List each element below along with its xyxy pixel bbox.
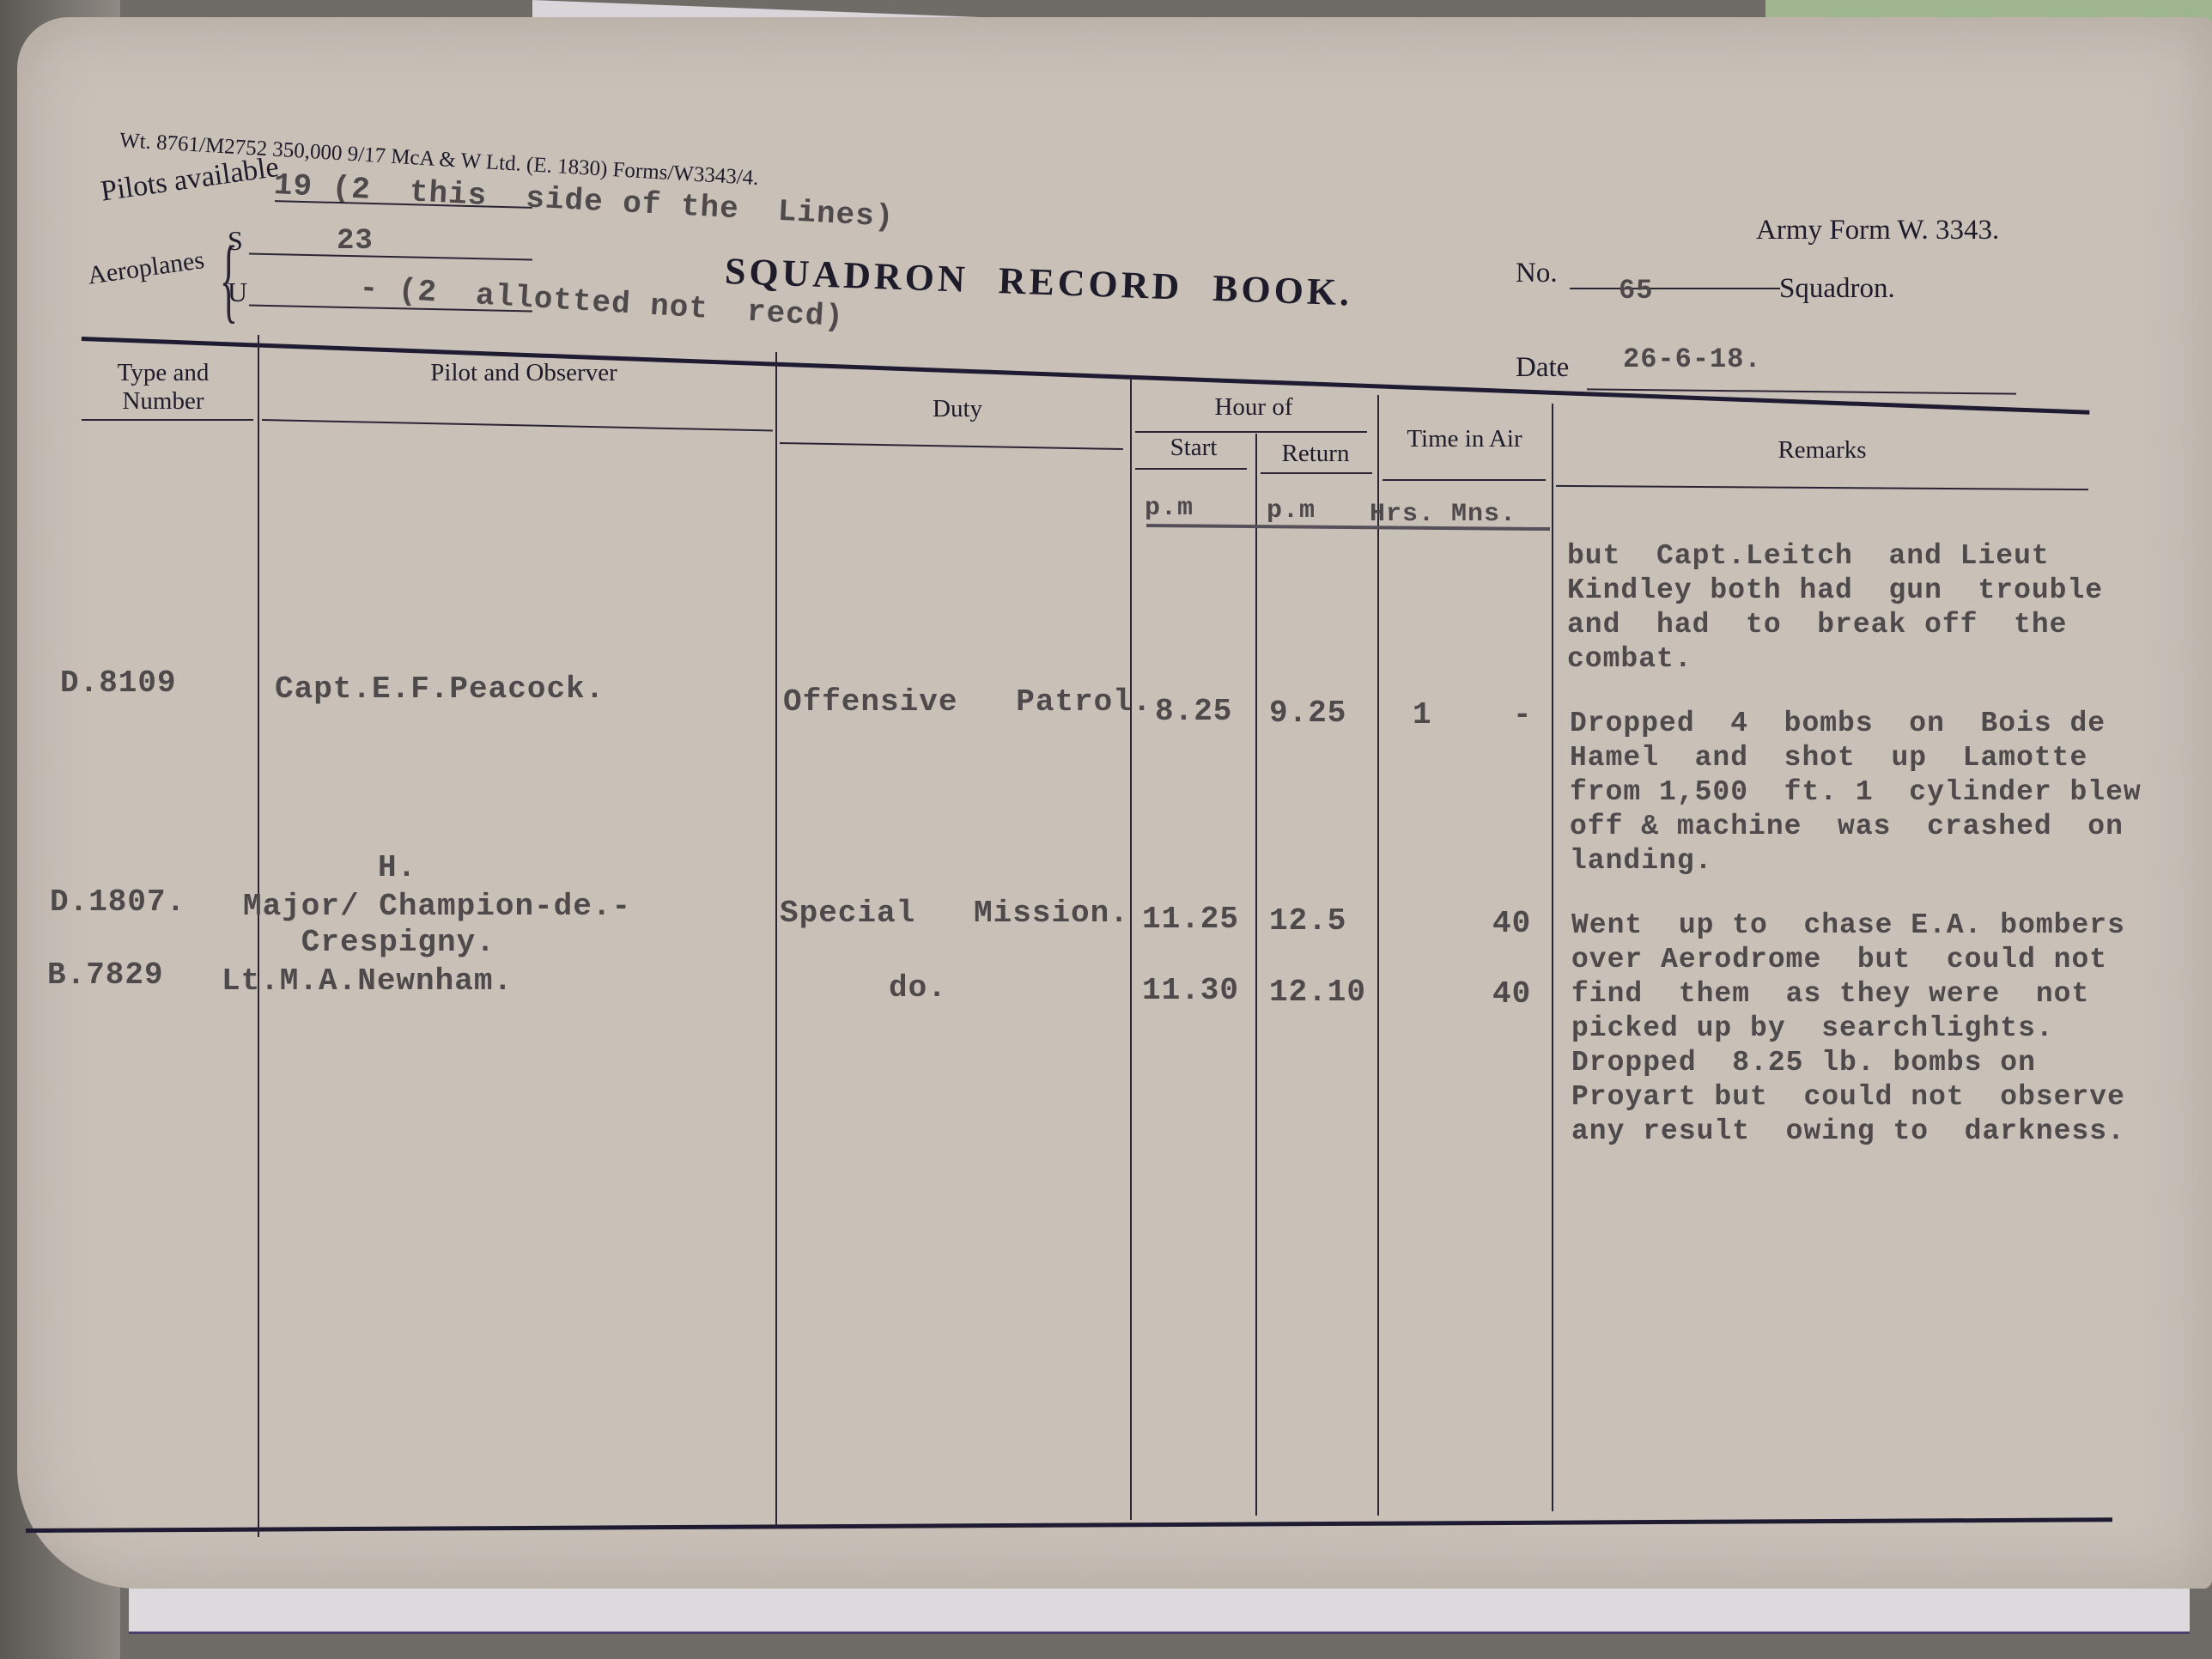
row1-machine: D.8109 <box>60 665 177 701</box>
row1-return: 9.25 <box>1269 696 1346 731</box>
col-divider-3 <box>1130 378 1132 1520</box>
squadron-underline <box>1570 288 1780 289</box>
aeroplanes-serviceable-label: S <box>228 225 243 257</box>
col-divider-4 <box>1255 434 1257 1516</box>
row2-pilot-annotation: H. <box>378 850 416 885</box>
row3-mins: 40 <box>1492 976 1531 1012</box>
header-underline-time <box>1382 479 1546 481</box>
header-underline-hour-of <box>1135 431 1367 433</box>
row1-start: 8.25 <box>1155 694 1232 729</box>
row1-mins: - <box>1513 697 1533 732</box>
header-remarks: Remarks <box>1556 436 2088 465</box>
header-duty: Duty <box>859 395 1056 423</box>
header-underline-machine <box>82 419 253 421</box>
army-form-number: Army Form W. 3343. <box>1756 215 1999 246</box>
col-divider-5 <box>1377 395 1379 1516</box>
row2-pilot: Major/ Champion-de.- Crespigny. <box>243 889 631 961</box>
unit-return: p.m <box>1267 496 1316 526</box>
col-divider-6 <box>1552 404 1553 1511</box>
row2-remarks: Went up to chase E.A. bombers over Aerod… <box>1571 908 2125 1149</box>
row1-duty: Offensive Patrol. <box>783 684 1152 720</box>
row2-mins: 40 <box>1492 906 1531 941</box>
header-start: Start <box>1133 434 1254 462</box>
row3-machine: B.7829 <box>47 957 164 993</box>
row1-pilot: Capt.E.F.Peacock. <box>275 671 605 707</box>
header-machine: Type and Number <box>77 359 249 416</box>
unit-start: p.m <box>1145 494 1194 523</box>
header-underline-start <box>1135 468 1247 470</box>
header-time-in-air: Time in Air <box>1381 425 1548 453</box>
row1-hrs: 1 <box>1413 697 1432 732</box>
row2-machine: D.1807. <box>50 884 185 920</box>
col-divider-2 <box>775 352 777 1528</box>
continued-remark: but Capt.Leitch and Lieut Kindley both h… <box>1567 539 2103 677</box>
row3-duty: do. <box>889 970 947 1006</box>
date-value: 26-6-18. <box>1623 343 1762 375</box>
row2-duty: Special Mission. <box>780 896 1129 931</box>
header-return: Return <box>1255 440 1376 468</box>
row3-start: 11.30 <box>1142 973 1239 1008</box>
date-label: Date <box>1516 352 1569 384</box>
aeroplanes-serviceable-value: 23 <box>337 225 374 258</box>
header-hour-of: Hour of <box>1142 393 1365 422</box>
unit-time: Hrs. Mns. <box>1370 500 1516 529</box>
header-underline-return <box>1261 472 1372 474</box>
row3-return: 12.10 <box>1269 975 1366 1010</box>
squadron-no-label: No. <box>1516 258 1558 289</box>
row2-return: 12.5 <box>1269 903 1346 939</box>
squadron-label: Squadron. <box>1779 273 1895 305</box>
row1-remarks: Dropped 4 bombs on Bois de Hamel and sho… <box>1570 707 2142 878</box>
row3-pilot: Lt.M.A.Newnham. <box>222 963 513 999</box>
header-pilot: Pilot and Observer <box>343 359 704 387</box>
aeroplanes-unserviceable-label: U <box>228 276 247 308</box>
row2-start: 11.25 <box>1142 902 1239 937</box>
squadron-number: 65 <box>1619 275 1653 307</box>
